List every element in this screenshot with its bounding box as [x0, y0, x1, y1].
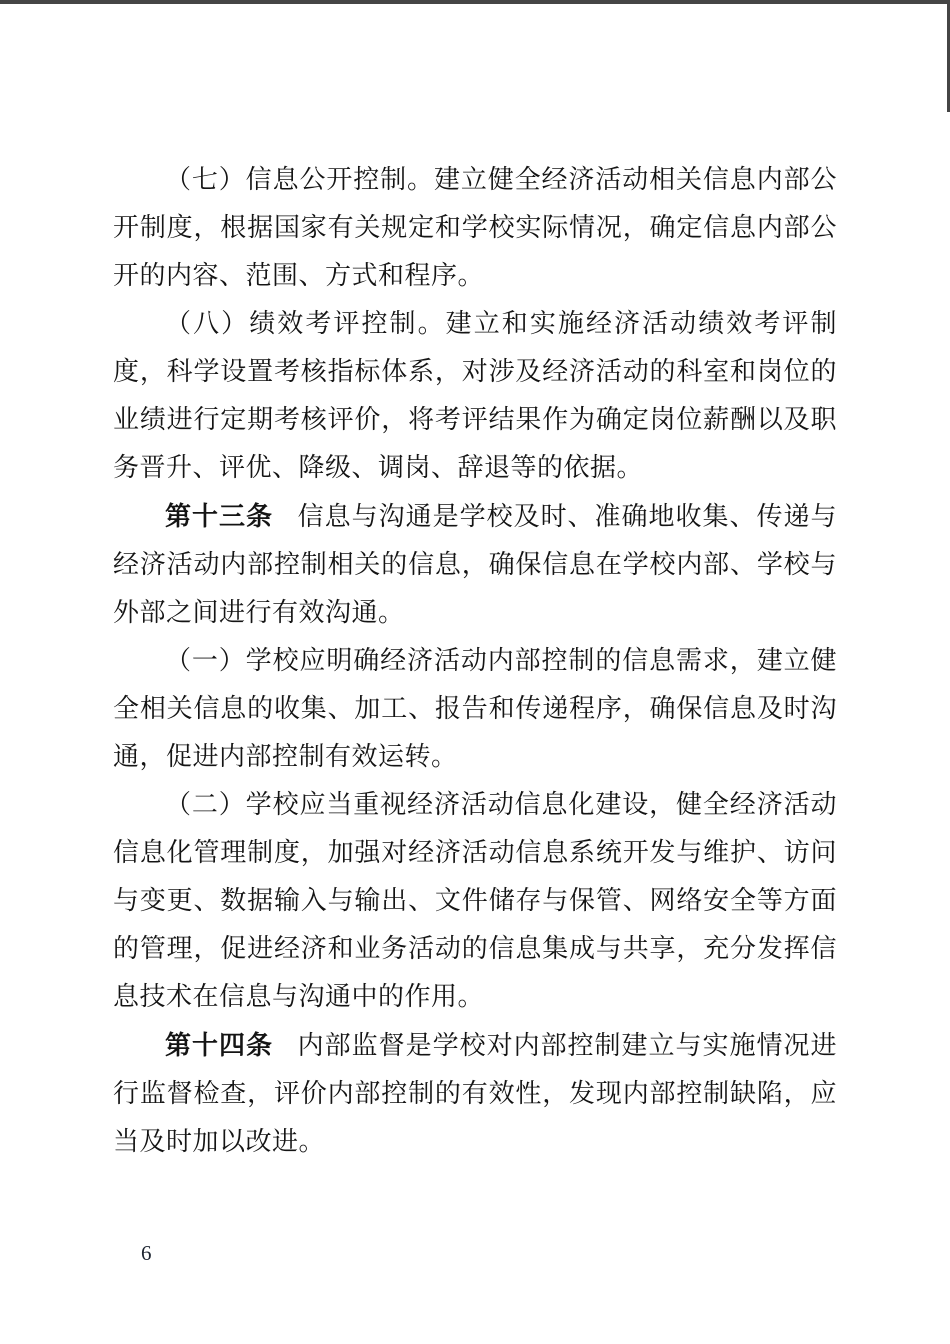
- paragraph-text: （八）绩效考评控制。建立和实施经济活动绩效考评制度，科学设置考核指标体系，对涉及…: [113, 309, 837, 482]
- paragraph: 第十三条信息与沟通是学校及时、准确地收集、传递与经济活动内部控制相关的信息，确保…: [113, 492, 837, 637]
- page-number: 6: [141, 1240, 152, 1266]
- paragraph: （一）学校应明确经济活动内部控制的信息需求，建立健全相关信息的收集、加工、报告和…: [113, 637, 837, 781]
- document-text-block: （七）信息公开控制。建立健全经济活动相关信息内部公开制度，根据国家有关规定和学校…: [113, 0, 837, 1166]
- paragraph: （八）绩效考评控制。建立和实施经济活动绩效考评制度，科学设置考核指标体系，对涉及…: [113, 300, 837, 492]
- paragraph: （二）学校应当重视经济活动信息化建设，健全经济活动信息化管理制度，加强对经济活动…: [113, 781, 837, 1021]
- paragraph-text: （七）信息公开控制。建立健全经济活动相关信息内部公开制度，根据国家有关规定和学校…: [113, 165, 837, 290]
- document-page: { "page": { "number": "6", "paragraphs":…: [0, 0, 950, 1344]
- clause-heading: 第十三条: [165, 501, 273, 531]
- paragraph: （七）信息公开控制。建立健全经济活动相关信息内部公开制度，根据国家有关规定和学校…: [113, 156, 837, 300]
- paragraph-text: （一）学校应明确经济活动内部控制的信息需求，建立健全相关信息的收集、加工、报告和…: [113, 646, 837, 771]
- paragraph: 第十四条内部监督是学校对内部控制建立与实施情况进行监督检查，评价内部控制的有效性…: [113, 1021, 837, 1166]
- clause-heading: 第十四条: [165, 1030, 273, 1060]
- paragraph-text: （二）学校应当重视经济活动信息化建设，健全经济活动信息化管理制度，加强对经济活动…: [113, 790, 837, 1011]
